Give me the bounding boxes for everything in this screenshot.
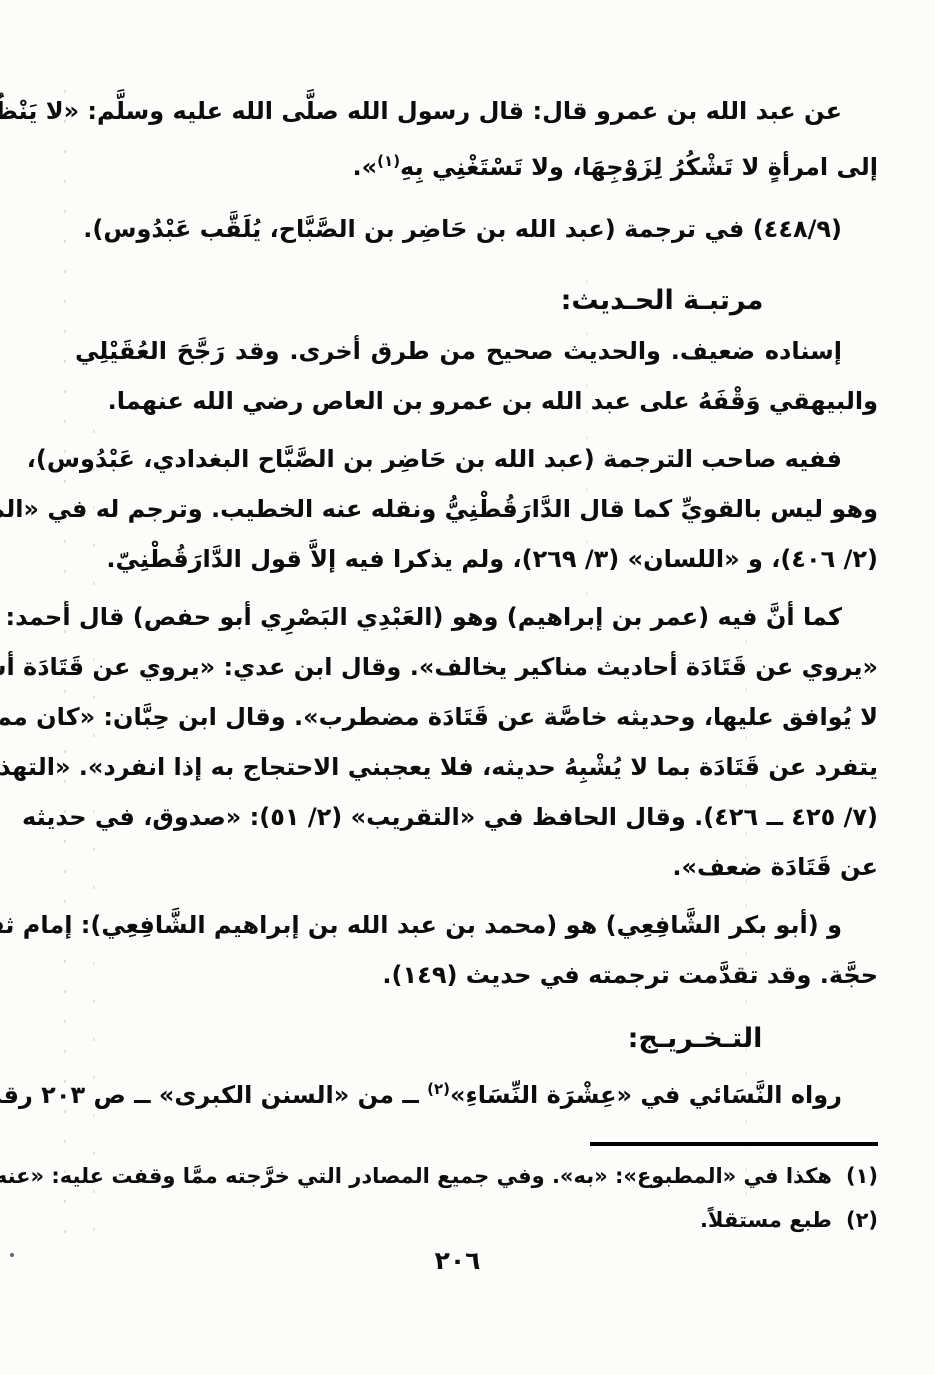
omar-line-1: كما أنَّ فيه (عمر بن إبراهيم) وهو (العَب… bbox=[75, 592, 878, 642]
paragraph-omar: كما أنَّ فيه (عمر بن إبراهيم) وهو (العَب… bbox=[75, 592, 878, 892]
grade-line-1: إسناده ضعيف. والحديث صحيح من طرق أخرى. و… bbox=[75, 326, 878, 376]
footnote-2-number: (٢) bbox=[846, 1208, 878, 1232]
footnote-separator bbox=[590, 1142, 878, 1146]
page-number: ٢٠٦ bbox=[0, 1246, 915, 1275]
section-heading-takhrij: التـخـريـج: bbox=[512, 1014, 878, 1064]
hadith-line-2-text: إلى امرأةٍ لا تَشْكُرُ لِزَوْجِهَا، ولا … bbox=[400, 153, 878, 181]
translator-line-1: ففيه صاحب الترجمة (عبد الله بن حَاضِر بن… bbox=[75, 434, 878, 484]
footnote-2: (٢)طبع مستقلاً. bbox=[75, 1198, 878, 1242]
section-heading-grade: مرتبـة الحـديث: bbox=[446, 276, 878, 326]
omar-line-3: لا يُوافق عليها، وحديثه خاصَّة عن قَتَاد… bbox=[75, 692, 878, 742]
paragraph-shafii: و (أبو بكر الشَّافِعِي) هو (محمد بن عبد … bbox=[75, 900, 878, 1000]
footnote-1-text: هكذا في «المطبوع»: «به». وفي جميع المصاد… bbox=[0, 1164, 832, 1188]
hadith-line-2: إلى امرأةٍ لا تَشْكُرُ لِزَوْجِهَا، ولا … bbox=[75, 136, 878, 192]
source-ref-line: (٤٤٨/٩) في ترجمة (عبد الله بن حَاضِر بن … bbox=[75, 204, 878, 254]
footnote-area: (١)هكذا في «المطبوع»: «به». وفي جميع الم… bbox=[75, 1142, 878, 1242]
paragraph-hadith: عن عبد الله بن عمرو قال: قال رسول الله ص… bbox=[75, 86, 878, 192]
takhrij-line-1-text: رواه النَّسَائي في «عِشْرَة النِّسَاءِ» bbox=[450, 1081, 842, 1109]
text-block: عن عبد الله بن عمرو قال: قال رسول الله ص… bbox=[75, 86, 878, 1242]
paragraph-translator: ففيه صاحب الترجمة (عبد الله بن حَاضِر بن… bbox=[75, 434, 878, 584]
paragraph-grade: إسناده ضعيف. والحديث صحيح من طرق أخرى. و… bbox=[75, 326, 878, 426]
grade-line-2: والبيهقي وَقْفَهُ على عبد الله بن عمرو ب… bbox=[75, 376, 878, 426]
hadith-line-2-closing: ». bbox=[353, 153, 378, 181]
translator-line-3: (٢/ ٤٠٦)، و «اللسان» (٣/ ٢٦٩)، ولم يذكرا… bbox=[75, 534, 878, 584]
footnote-2-text: طبع مستقلاً. bbox=[700, 1208, 832, 1232]
omar-line-5: (٧/ ٤٢٥ ــ ٤٢٦). وقال الحافظ في «التقريب… bbox=[75, 792, 878, 842]
translator-line-2: وهو ليس بالقويِّ كما قال الدَّارَقُطْنِي… bbox=[75, 484, 878, 534]
omar-line-6: عن قَتَادَة ضعف». bbox=[75, 842, 878, 892]
paragraph-source-ref: (٤٤٨/٩) في ترجمة (عبد الله بن حَاضِر بن … bbox=[75, 204, 878, 254]
omar-line-4: يتفرد عن قَتَادَة بما لا يُشْبِهُ حديثه،… bbox=[75, 742, 878, 792]
footnote-marker-1: (١) bbox=[377, 152, 400, 170]
footnote-1-number: (١) bbox=[846, 1164, 878, 1188]
paragraph-takhrij: رواه النَّسَائي في «عِشْرَة النِّسَاءِ»(… bbox=[75, 1064, 878, 1120]
takhrij-line-1-rest: ــ من «السنن الكبرى» ــ ص ٢٠٣ رقم bbox=[0, 1081, 427, 1109]
footnote-marker-2: (٢) bbox=[427, 1080, 450, 1098]
omar-line-2: «يروي عن قَتَادَة أحاديث مناكير يخالف». … bbox=[75, 642, 878, 692]
hadith-line-1: عن عبد الله بن عمرو قال: قال رسول الله ص… bbox=[75, 86, 878, 136]
footnote-1: (١)هكذا في «المطبوع»: «به». وفي جميع الم… bbox=[75, 1154, 878, 1198]
document-page: عن عبد الله بن عمرو قال: قال رسول الله ص… bbox=[0, 0, 935, 1375]
takhrij-line-1: رواه النَّسَائي في «عِشْرَة النِّسَاءِ»(… bbox=[75, 1064, 878, 1120]
shafii-line-1: و (أبو بكر الشَّافِعِي) هو (محمد بن عبد … bbox=[75, 900, 878, 950]
shafii-line-2: حجَّة. وقد تقدَّمت ترجمته في حديث (١٤٩). bbox=[75, 950, 878, 1000]
